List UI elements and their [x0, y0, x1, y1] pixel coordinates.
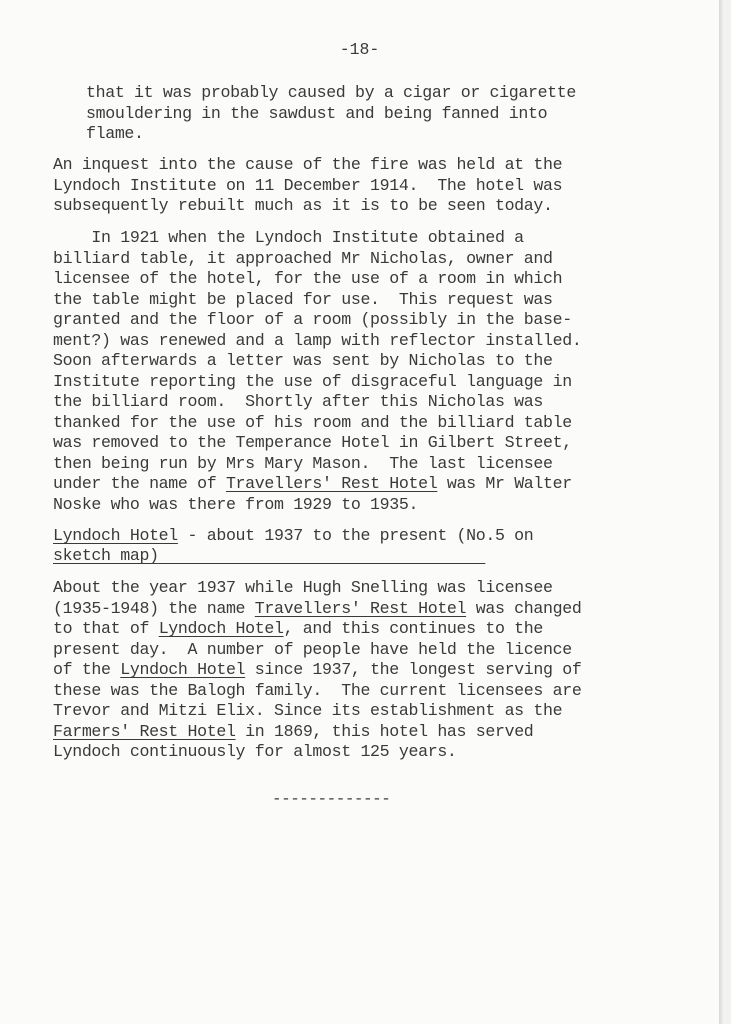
text-span: under the name of — [53, 474, 226, 493]
hotel-name-underlined: Farmers' Rest Hotel — [53, 722, 236, 741]
text-span: (1935-1948) the name — [53, 599, 255, 618]
text-line: subsequently rebuilt much as it is to be… — [53, 196, 553, 216]
text-line: these was the Balogh family. The current… — [53, 681, 581, 701]
text-span: in 1869, this hotel has served — [236, 722, 534, 741]
text-line: ment?) was renewed and a lamp with refle… — [53, 331, 581, 351]
text-line: billiard table, it approached Mr Nichola… — [53, 249, 553, 269]
text-span: since 1937, the longest serving of — [245, 660, 581, 679]
text-line: Trevor and Mitzi Elix. Since its establi… — [53, 701, 562, 721]
text-line: the table might be placed for use. This … — [53, 290, 553, 310]
section-heading: sketch map) — [53, 546, 485, 566]
text-line: Noske who was there from 1929 to 1935. — [53, 495, 418, 515]
text-line: Institute reporting the use of disgracef… — [53, 372, 572, 392]
text-line: was removed to the Temperance Hotel in G… — [53, 433, 572, 453]
hotel-name-underlined: Lyndoch Hotel — [53, 526, 178, 545]
hotel-name-underlined: Travellers' Rest Hotel — [255, 599, 466, 618]
text-line: smouldering in the sawdust and being fan… — [86, 104, 547, 124]
text-line: In 1921 when the Lyndoch Institute obtai… — [53, 228, 524, 248]
text-line: granted and the floor of a room (possibl… — [53, 310, 572, 330]
hotel-name-underlined: Lyndoch Hotel — [120, 660, 245, 679]
text-line: Lyndoch Institute on 11 December 1914. T… — [53, 176, 562, 196]
text-line: About the year 1937 while Hugh Snelling … — [53, 578, 553, 598]
text-line: under the name of Travellers' Rest Hotel… — [53, 474, 572, 494]
text-line: the billiard room. Shortly after this Ni… — [53, 392, 543, 412]
hotel-name-underlined: Travellers' Rest Hotel — [226, 474, 437, 493]
text-span: , and this continues to the — [284, 619, 543, 638]
section-heading: Lyndoch Hotel - about 1937 to the presen… — [53, 526, 533, 546]
text-span: was changed — [466, 599, 581, 618]
text-line: An inquest into the cause of the fire wa… — [53, 155, 562, 175]
text-line: then being run by Mrs Mary Mason. The la… — [53, 454, 553, 474]
heading-underlined: sketch map) — [53, 546, 159, 565]
text-span: - about 1937 to the present (No.5 on — [178, 526, 534, 545]
text-line: of the Lyndoch Hotel since 1937, the lon… — [53, 660, 581, 680]
heading-underline-extension — [159, 546, 486, 565]
page-background — [723, 0, 731, 1024]
hotel-name-underlined: Lyndoch Hotel — [159, 619, 284, 638]
text-line: licensee of the hotel, for the use of a … — [53, 269, 562, 289]
text-line: present day. A number of people have hel… — [53, 640, 572, 660]
text-line: (1935-1948) the name Travellers' Rest Ho… — [53, 599, 581, 619]
section-separator: ------------- — [272, 790, 390, 808]
page-number: -18- — [0, 40, 719, 59]
text-line: Lyndoch continuously for almost 125 year… — [53, 742, 457, 762]
text-line: Soon afterwards a letter was sent by Nic… — [53, 351, 553, 371]
text-line: thanked for the use of his room and the … — [53, 413, 572, 433]
text-line: Farmers' Rest Hotel in 1869, this hotel … — [53, 722, 533, 742]
text-line: to that of Lyndoch Hotel, and this conti… — [53, 619, 543, 639]
text-span: of the — [53, 660, 120, 679]
text-line: that it was probably caused by a cigar o… — [86, 83, 576, 103]
text-span: was Mr Walter — [437, 474, 572, 493]
text-span: to that of — [53, 619, 159, 638]
text-line: flame. — [86, 124, 144, 144]
